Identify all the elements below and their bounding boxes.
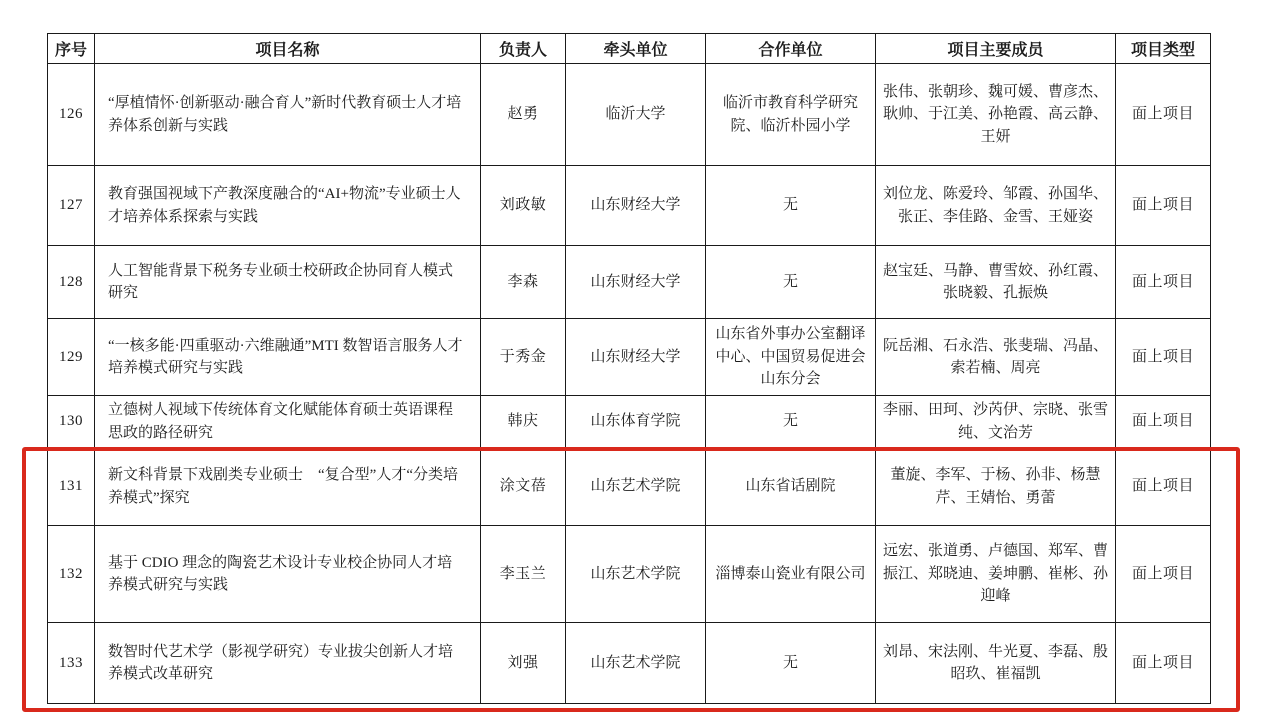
table-header-row: 序号项目名称负责人牵头单位合作单位项目主要成员项目类型 (48, 34, 1211, 64)
cell-no: 128 (48, 246, 95, 319)
cell-type: 面上项目 (1116, 396, 1211, 448)
column-header-name: 项目名称 (95, 34, 481, 64)
project-table: 序号项目名称负责人牵头单位合作单位项目主要成员项目类型 126“厚植情怀·创新驱… (47, 33, 1211, 704)
cell-lead: 山东财经大学 (566, 319, 706, 396)
table-row: 133数智时代艺术学（影视学研究）专业拔尖创新人才培养模式改革研究刘强山东艺术学… (48, 623, 1211, 704)
column-header-no: 序号 (48, 34, 95, 64)
table-body: 126“厚植情怀·创新驱动·融合育人”新时代教育硕士人才培养体系创新与实践赵勇临… (48, 64, 1211, 704)
cell-leader: 涂文蓓 (481, 448, 566, 526)
column-header-type: 项目类型 (1116, 34, 1211, 64)
cell-name: 人工智能背景下税务专业硕士校研政企协同育人模式研究 (95, 246, 481, 319)
cell-type: 面上项目 (1116, 623, 1211, 704)
cell-partner: 淄博泰山瓷业有限公司 (706, 526, 876, 623)
cell-leader: 李森 (481, 246, 566, 319)
cell-no: 133 (48, 623, 95, 704)
cell-lead: 山东财经大学 (566, 166, 706, 246)
cell-members: 刘昂、宋法刚、牛光夏、李磊、殷昭玖、崔福凯 (876, 623, 1116, 704)
cell-name: 立德树人视域下传统体育文化赋能体育硕士英语课程思政的路径研究 (95, 396, 481, 448)
cell-name: 基于 CDIO 理念的陶瓷艺术设计专业校企协同人才培养模式研究与实践 (95, 526, 481, 623)
cell-members: 董旋、李军、于杨、孙非、杨慧芹、王婧怡、勇蕾 (876, 448, 1116, 526)
table-row: 132基于 CDIO 理念的陶瓷艺术设计专业校企协同人才培养模式研究与实践李玉兰… (48, 526, 1211, 623)
cell-leader: 李玉兰 (481, 526, 566, 623)
cell-leader: 刘政敏 (481, 166, 566, 246)
cell-partner: 无 (706, 623, 876, 704)
cell-no: 129 (48, 319, 95, 396)
cell-members: 李丽、田珂、沙芮伊、宗晓、张雪纯、文治芳 (876, 396, 1116, 448)
cell-partner: 山东省外事办公室翻译中心、中国贸易促进会山东分会 (706, 319, 876, 396)
cell-name: 新文科背景下戏剧类专业硕士 “复合型”人才“分类培养模式”探究 (95, 448, 481, 526)
cell-name: “一核多能·四重驱动·六维融通”MTI 数智语言服务人才培养模式研究与实践 (95, 319, 481, 396)
cell-members: 赵宝廷、马静、曹雪姣、孙红霞、张晓毅、孔振焕 (876, 246, 1116, 319)
cell-no: 132 (48, 526, 95, 623)
cell-lead: 山东艺术学院 (566, 623, 706, 704)
cell-no: 126 (48, 64, 95, 166)
cell-members: 刘位龙、陈爱玲、邹霞、孙国华、张正、李佳路、金雪、王娅姿 (876, 166, 1116, 246)
cell-partner: 无 (706, 246, 876, 319)
column-header-leader: 负责人 (481, 34, 566, 64)
table-row: 126“厚植情怀·创新驱动·融合育人”新时代教育硕士人才培养体系创新与实践赵勇临… (48, 64, 1211, 166)
table-row: 127教育强国视域下产教深度融合的“AI+物流”专业硕士人才培养体系探索与实践刘… (48, 166, 1211, 246)
cell-partner: 无 (706, 396, 876, 448)
cell-name: “厚植情怀·创新驱动·融合育人”新时代教育硕士人才培养体系创新与实践 (95, 64, 481, 166)
cell-type: 面上项目 (1116, 64, 1211, 166)
cell-members: 张伟、张朝珍、魏可媛、曹彦杰、耿帅、于江美、孙艳霞、高云静、王妍 (876, 64, 1116, 166)
cell-partner: 临沂市教育科学研究院、临沂朴园小学 (706, 64, 876, 166)
cell-lead: 山东艺术学院 (566, 448, 706, 526)
table-row: 129“一核多能·四重驱动·六维融通”MTI 数智语言服务人才培养模式研究与实践… (48, 319, 1211, 396)
table-row: 131新文科背景下戏剧类专业硕士 “复合型”人才“分类培养模式”探究涂文蓓山东艺… (48, 448, 1211, 526)
cell-leader: 于秀金 (481, 319, 566, 396)
cell-members: 远宏、张道勇、卢德国、郑军、曹振江、郑晓迪、姜坤鹏、崔彬、孙迎峰 (876, 526, 1116, 623)
cell-no: 127 (48, 166, 95, 246)
cell-type: 面上项目 (1116, 166, 1211, 246)
cell-lead: 临沂大学 (566, 64, 706, 166)
cell-partner: 山东省话剧院 (706, 448, 876, 526)
cell-type: 面上项目 (1116, 526, 1211, 623)
cell-name: 数智时代艺术学（影视学研究）专业拔尖创新人才培养模式改革研究 (95, 623, 481, 704)
cell-no: 131 (48, 448, 95, 526)
cell-no: 130 (48, 396, 95, 448)
cell-type: 面上项目 (1116, 319, 1211, 396)
cell-lead: 山东财经大学 (566, 246, 706, 319)
cell-partner: 无 (706, 166, 876, 246)
cell-name: 教育强国视域下产教深度融合的“AI+物流”专业硕士人才培养体系探索与实践 (95, 166, 481, 246)
column-header-lead: 牵头单位 (566, 34, 706, 64)
cell-members: 阮岳湘、石永浩、张斐瑞、冯晶、索若楠、周亮 (876, 319, 1116, 396)
table-row: 128人工智能背景下税务专业硕士校研政企协同育人模式研究李森山东财经大学无赵宝廷… (48, 246, 1211, 319)
cell-leader: 赵勇 (481, 64, 566, 166)
cell-type: 面上项目 (1116, 246, 1211, 319)
cell-lead: 山东体育学院 (566, 396, 706, 448)
cell-type: 面上项目 (1116, 448, 1211, 526)
table-row: 130立德树人视域下传统体育文化赋能体育硕士英语课程思政的路径研究韩庆山东体育学… (48, 396, 1211, 448)
cell-leader: 韩庆 (481, 396, 566, 448)
column-header-members: 项目主要成员 (876, 34, 1116, 64)
cell-leader: 刘强 (481, 623, 566, 704)
cell-lead: 山东艺术学院 (566, 526, 706, 623)
column-header-partner: 合作单位 (706, 34, 876, 64)
